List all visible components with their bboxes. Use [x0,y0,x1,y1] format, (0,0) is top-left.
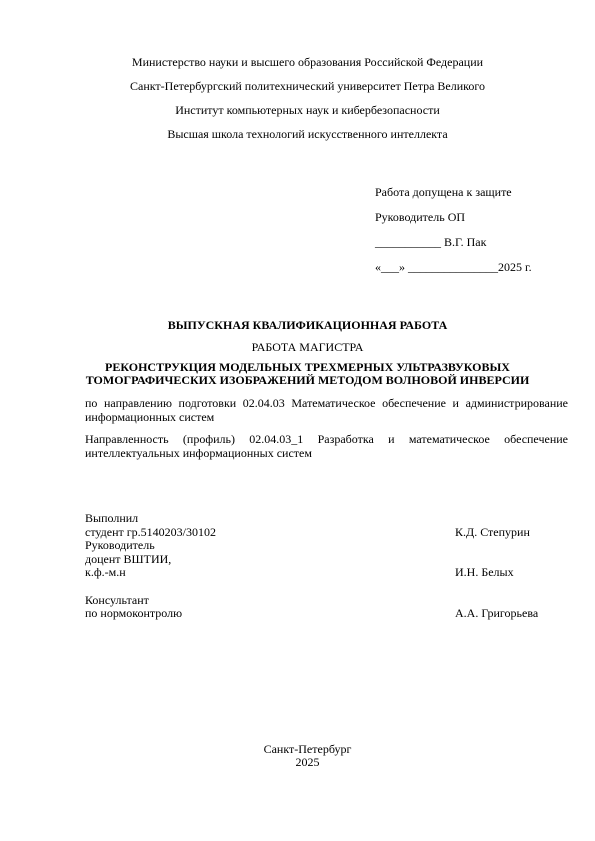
program-line1: по направлению подготовки 02.04.03 Матем… [85,396,568,410]
master-work-subtitle: РАБОТА МАГИСТРА [40,340,575,354]
approval-head-line: Руководитель ОП [375,205,532,230]
signature-detail-line: доцент ВШТИИ, [85,553,568,567]
institute-line: Институт компьютерных наук и кибербезопа… [40,98,575,122]
signature-role-line: Консультант [85,594,568,608]
signature-role-line: Выполнил [85,512,568,526]
signatures-block: Выполнил студент гр.5140203/30102 К.Д. С… [85,512,568,621]
school-line: Высшая школа технологий искусственного и… [40,122,575,146]
program-line2: информационных систем [85,410,568,424]
qualification-work-title: ВЫПУСКНАЯ КВАЛИФИКАЦИОННАЯ РАБОТА [40,318,575,332]
profile-line1: Направленность (профиль) 02.04.03_1 Разр… [85,432,568,446]
thesis-title: РЕКОНСТРУКЦИЯ МОДЕЛЬНЫХ ТРЕХМЕРНЫХ УЛЬТР… [40,361,575,387]
footer-year: 2025 [40,756,575,769]
signature-entry-student: Выполнил студент гр.5140203/30102 К.Д. С… [85,512,568,539]
approval-date-line: «___» _______________2025 г. [375,255,532,280]
profile-line2: интеллектуальных информационных систем [85,446,568,460]
university-line: Санкт-Петербургский политехнический унив… [40,74,575,98]
approval-admitted-line: Работа допущена к защите [375,180,532,205]
thesis-title-line2: ТОМОГРАФИЧЕСКИХ ИЗОБРАЖЕНИЙ МЕТОДОМ ВОЛН… [40,374,575,387]
signature-detail-line: к.ф.-м.н [85,565,126,579]
ministry-header: Министерство науки и высшего образования… [40,50,575,146]
ministry-line: Министерство науки и высшего образования… [40,50,575,74]
signature-name-supervisor: И.Н. Белых [455,566,514,580]
approval-signature-line: ___________ В.Г. Пак [375,230,532,255]
signature-entry-supervisor: Руководитель доцент ВШТИИ, к.ф.-м.н И.Н.… [85,539,568,580]
footer-block: Санкт-Петербург 2025 [40,743,575,769]
signature-name-consultant: А.А. Григорьева [455,607,538,621]
thesis-title-page: Министерство науки и высшего образования… [0,0,595,841]
signature-detail-line: студент гр.5140203/30102 [85,525,216,539]
signature-entry-consultant: Консультант по нормоконтролю А.А. Григор… [85,594,568,621]
approval-block: Работа допущена к защите Руководитель ОП… [375,180,532,280]
signature-name-student: К.Д. Степурин [455,526,530,540]
profile-paragraph: Направленность (профиль) 02.04.03_1 Разр… [85,432,568,460]
signature-detail-line: по нормоконтролю [85,606,182,620]
program-paragraph: по направлению подготовки 02.04.03 Матем… [85,396,568,424]
signature-role-line: Руководитель [85,539,568,553]
